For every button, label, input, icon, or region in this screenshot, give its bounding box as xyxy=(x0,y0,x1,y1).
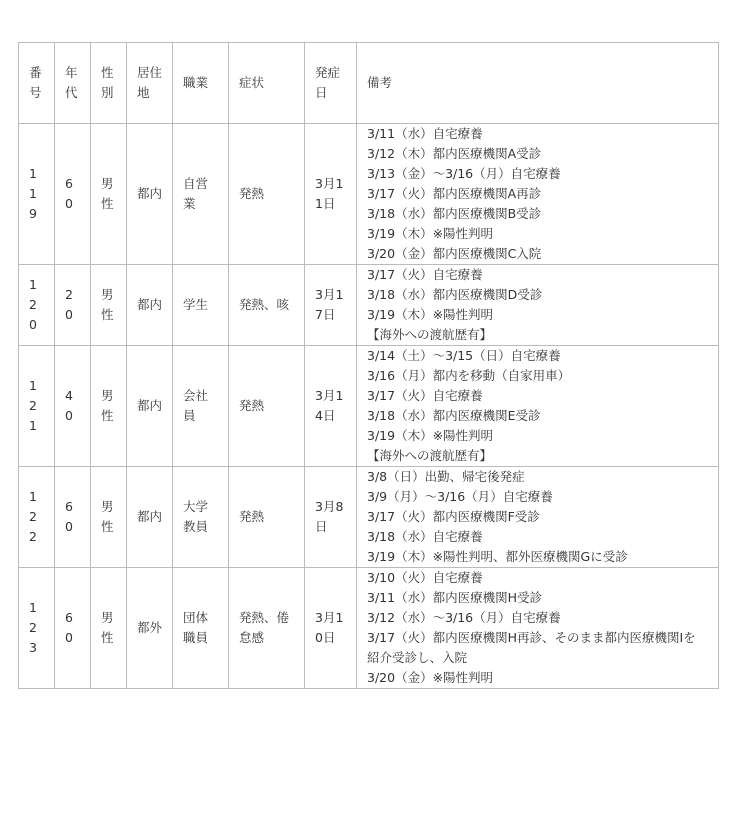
travel-history-note: 【海外への渡航歴有】 xyxy=(367,325,708,345)
cell-no: 123 xyxy=(19,568,55,689)
cell-residence: 都内 xyxy=(127,346,173,467)
table-row: 121 40 男性 都内 会社員 発熱 3月14日 3/14（土）～3/15（日… xyxy=(19,346,719,467)
note-line: 3/8（日）出勤、帰宅後発症 xyxy=(367,467,708,487)
note-line: 3/17（火）都内医療機関A再診 xyxy=(367,184,708,204)
cell-residence: 都内 xyxy=(127,467,173,568)
cell-occupation: 学生 xyxy=(173,265,229,346)
header-occupation: 職業 xyxy=(173,43,229,124)
note-line: 3/12（水）～3/16（月）自宅療養 xyxy=(367,608,708,628)
cell-sex: 男性 xyxy=(91,568,127,689)
cell-sex: 男性 xyxy=(91,265,127,346)
table-row: 123 60 男性 都外 団体職員 発熱、倦怠感 3月10日 3/10（火）自宅… xyxy=(19,568,719,689)
case-table: 番号 年代 性別 居住地 職業 症状 発症日 備考 119 60 男性 都内 自… xyxy=(18,42,719,689)
cell-occupation: 大学教員 xyxy=(173,467,229,568)
note-line: 3/19（木）※陽性判明、都外医療機関Gに受診 xyxy=(367,547,708,567)
note-line: 3/18（水）都内医療機関D受診 xyxy=(367,285,708,305)
cell-age: 60 xyxy=(55,568,91,689)
header-notes: 備考 xyxy=(357,43,719,124)
note-line: 3/18（水）都内医療機関E受診 xyxy=(367,406,708,426)
header-residence: 居住地 xyxy=(127,43,173,124)
note-line: 3/17（火）自宅療養 xyxy=(367,386,708,406)
note-line: 3/18（水）自宅療養 xyxy=(367,527,708,547)
header-onset: 発症日 xyxy=(305,43,357,124)
note-line: 3/17（火）都内医療機関H再診、そのまま都内医療機関Iを紹介受診し、入院 xyxy=(367,628,708,668)
cell-symptoms: 発熱 xyxy=(229,467,305,568)
note-line: 3/13（金）～3/16（月）自宅療養 xyxy=(367,164,708,184)
cell-no: 120 xyxy=(19,265,55,346)
cell-notes: 3/17（火）自宅療養 3/18（水）都内医療機関D受診 3/19（木）※陽性判… xyxy=(357,265,719,346)
header-symptoms: 症状 xyxy=(229,43,305,124)
header-sex: 性別 xyxy=(91,43,127,124)
note-line: 3/20（金）※陽性判明 xyxy=(367,668,708,688)
note-line: 3/17（火）自宅療養 xyxy=(367,265,708,285)
table-row: 120 20 男性 都内 学生 発熱、咳 3月17日 3/17（火）自宅療養 3… xyxy=(19,265,719,346)
cell-no: 122 xyxy=(19,467,55,568)
note-line: 3/20（金）都内医療機関C入院 xyxy=(367,244,708,264)
cell-age: 60 xyxy=(55,124,91,265)
cell-onset: 3月11日 xyxy=(305,124,357,265)
cell-notes: 3/14（土）～3/15（日）自宅療養 3/16（月）都内を移動（自家用車） 3… xyxy=(357,346,719,467)
note-line: 3/18（水）都内医療機関B受診 xyxy=(367,204,708,224)
cell-onset: 3月17日 xyxy=(305,265,357,346)
note-line: 3/11（水）都内医療機関H受診 xyxy=(367,588,708,608)
cell-notes: 3/11（水）自宅療養 3/12（木）都内医療機関A受診 3/13（金）～3/1… xyxy=(357,124,719,265)
cell-onset: 3月10日 xyxy=(305,568,357,689)
note-line: 3/17（火）都内医療機関F受診 xyxy=(367,507,708,527)
cell-no: 121 xyxy=(19,346,55,467)
header-age: 年代 xyxy=(55,43,91,124)
table-row: 122 60 男性 都内 大学教員 発熱 3月8日 3/8（日）出勤、帰宅後発症… xyxy=(19,467,719,568)
cell-sex: 男性 xyxy=(91,124,127,265)
cell-sex: 男性 xyxy=(91,467,127,568)
note-line: 3/19（木）※陽性判明 xyxy=(367,305,708,325)
cell-onset: 3月14日 xyxy=(305,346,357,467)
cell-onset: 3月8日 xyxy=(305,467,357,568)
cell-symptoms: 発熱 xyxy=(229,346,305,467)
cell-occupation: 会社員 xyxy=(173,346,229,467)
cell-no: 119 xyxy=(19,124,55,265)
cell-sex: 男性 xyxy=(91,346,127,467)
header-no: 番号 xyxy=(19,43,55,124)
cell-residence: 都外 xyxy=(127,568,173,689)
cell-age: 40 xyxy=(55,346,91,467)
table-header-row: 番号 年代 性別 居住地 職業 症状 発症日 備考 xyxy=(19,43,719,124)
note-line: 3/10（火）自宅療養 xyxy=(367,568,708,588)
cell-occupation: 団体職員 xyxy=(173,568,229,689)
cell-age: 60 xyxy=(55,467,91,568)
note-line: 3/14（土）～3/15（日）自宅療養 xyxy=(367,346,708,366)
note-line: 3/9（月）～3/16（月）自宅療養 xyxy=(367,487,708,507)
note-line: 3/11（水）自宅療養 xyxy=(367,124,708,144)
note-line: 3/12（木）都内医療機関A受診 xyxy=(367,144,708,164)
cell-notes: 3/8（日）出勤、帰宅後発症 3/9（月）～3/16（月）自宅療養 3/17（火… xyxy=(357,467,719,568)
note-line: 3/19（木）※陽性判明 xyxy=(367,224,708,244)
note-line: 3/16（月）都内を移動（自家用車） xyxy=(367,366,708,386)
cell-notes: 3/10（火）自宅療養 3/11（水）都内医療機関H受診 3/12（水）～3/1… xyxy=(357,568,719,689)
cell-symptoms: 発熱 xyxy=(229,124,305,265)
cell-age: 20 xyxy=(55,265,91,346)
note-line: 3/19（木）※陽性判明 xyxy=(367,426,708,446)
cell-residence: 都内 xyxy=(127,265,173,346)
travel-history-note: 【海外への渡航歴有】 xyxy=(367,446,708,466)
cell-symptoms: 発熱、咳 xyxy=(229,265,305,346)
cell-occupation: 自営業 xyxy=(173,124,229,265)
cell-symptoms: 発熱、倦怠感 xyxy=(229,568,305,689)
table-row: 119 60 男性 都内 自営業 発熱 3月11日 3/11（水）自宅療養 3/… xyxy=(19,124,719,265)
cell-residence: 都内 xyxy=(127,124,173,265)
